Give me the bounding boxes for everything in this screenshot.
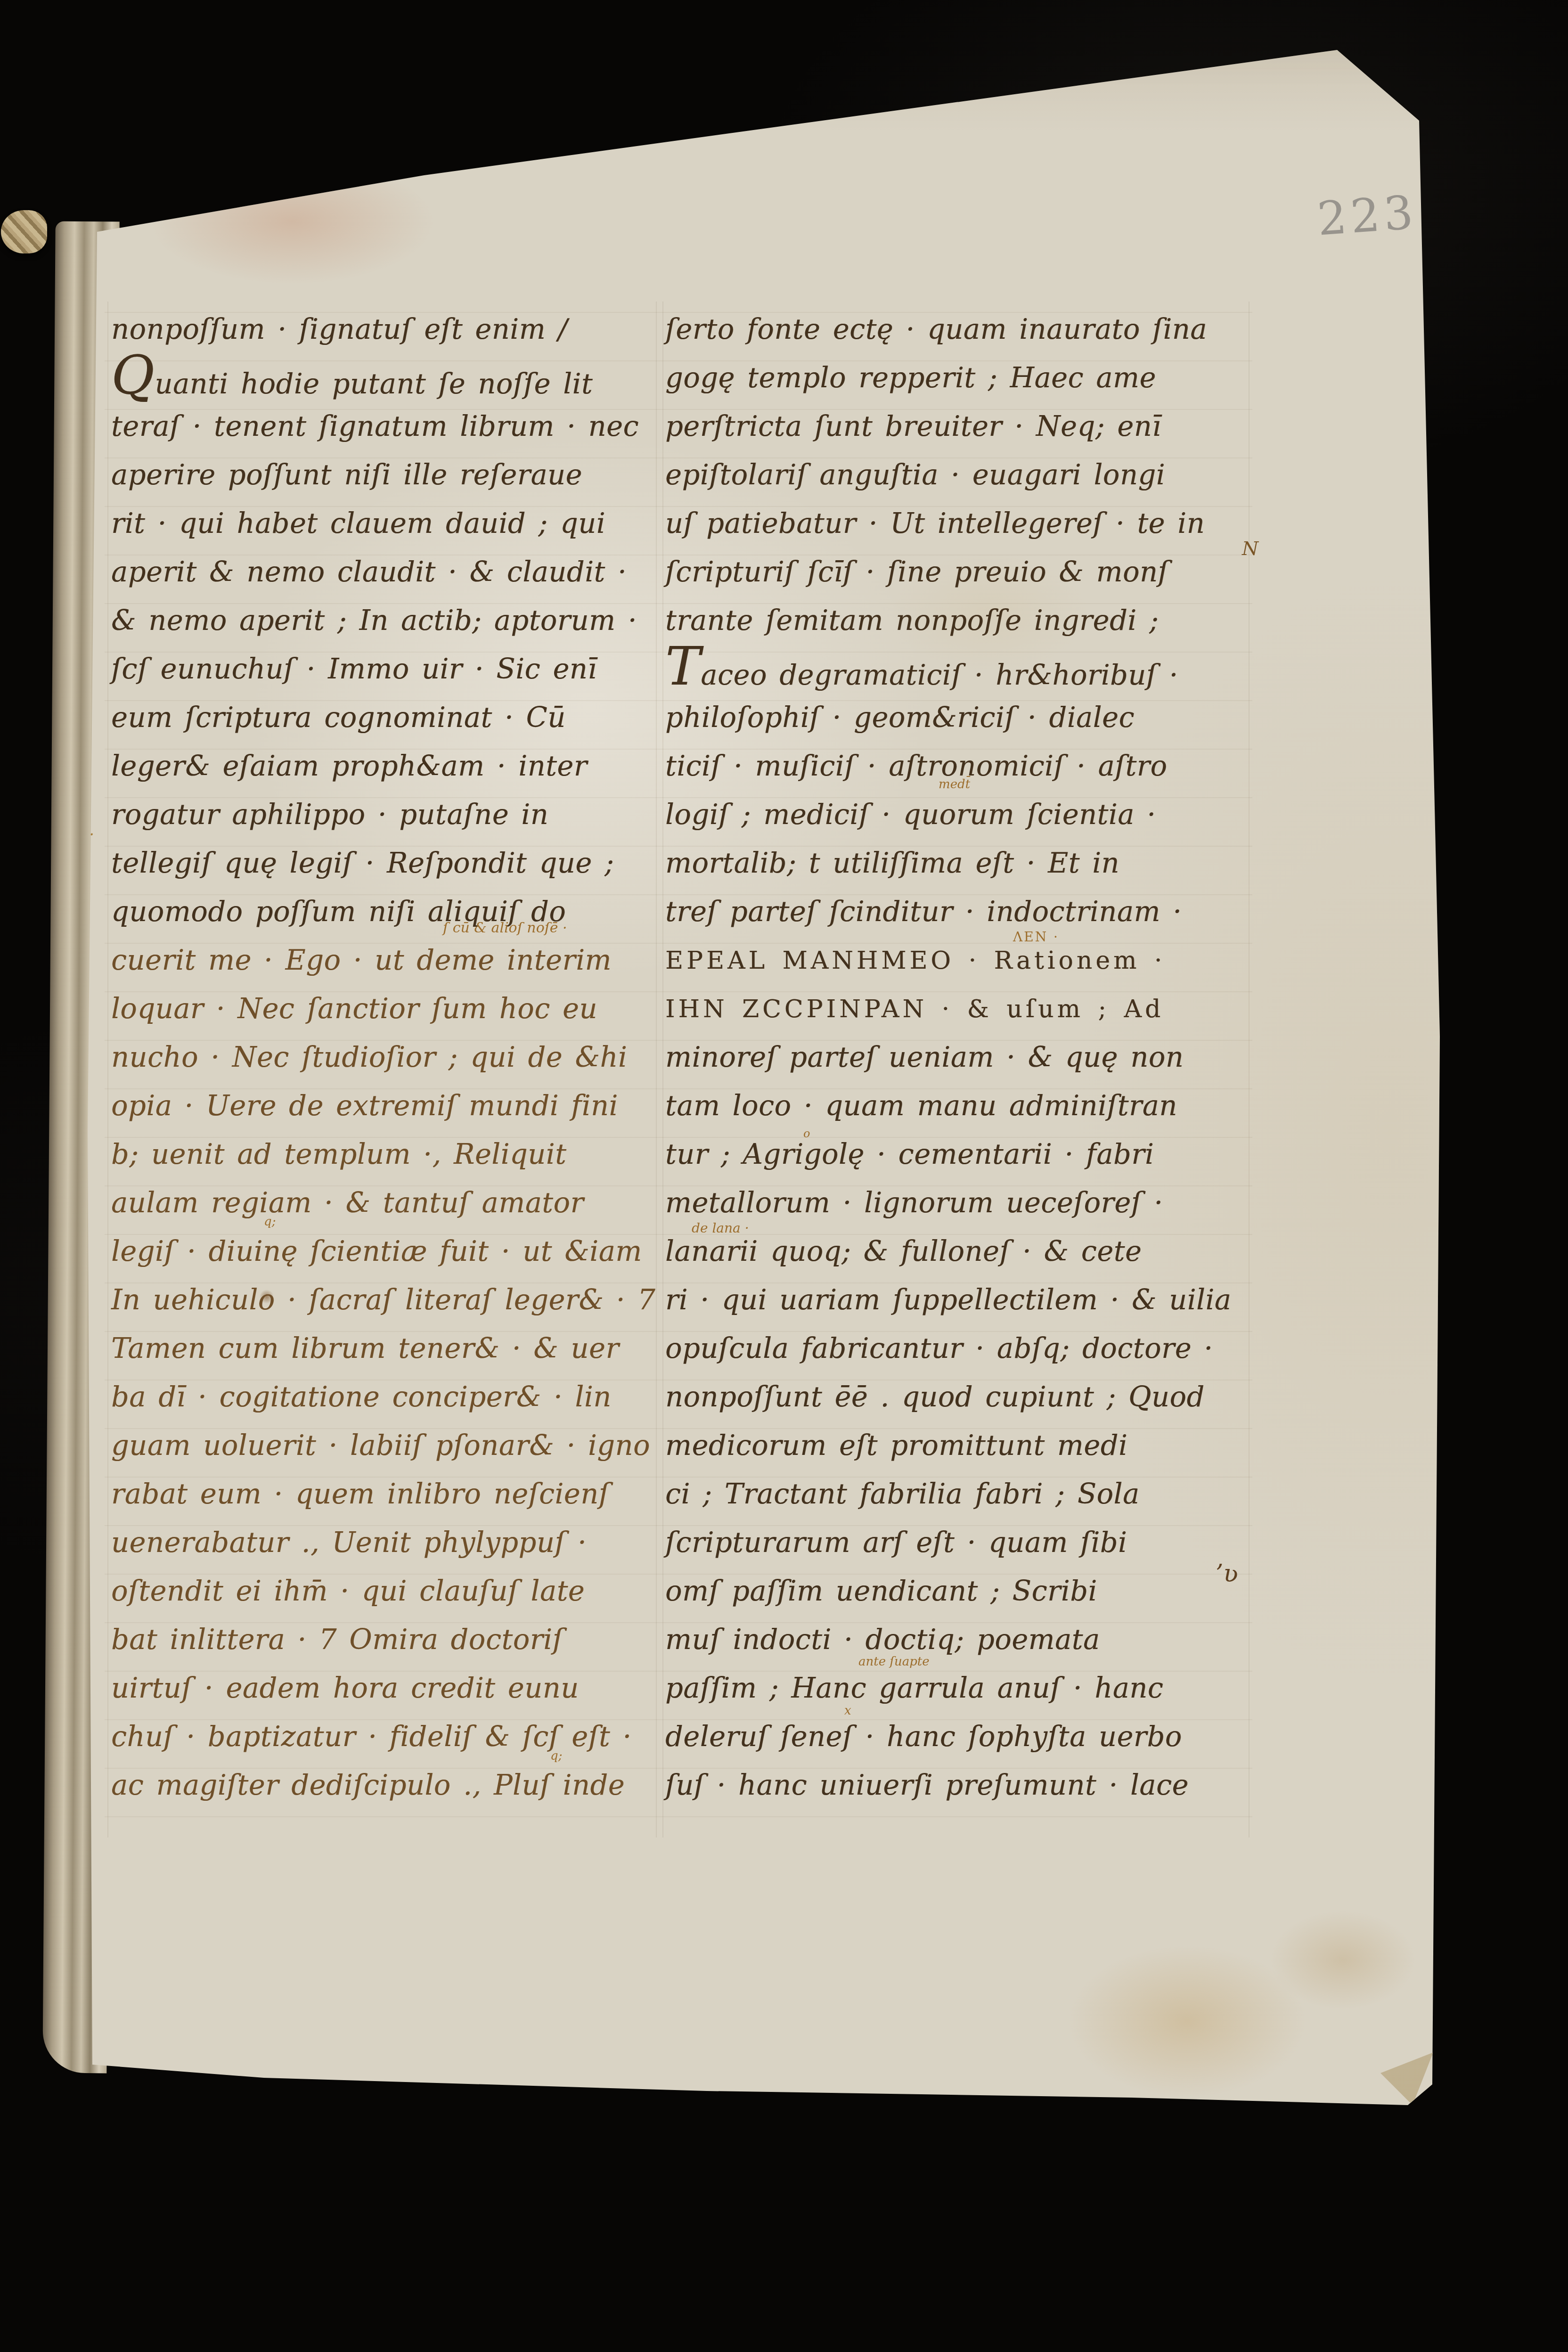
manuscript-line: logiſ ; mediciſ · quorum ſcientia ·	[665, 798, 1254, 847]
manuscript-line: ac magiſter dediſcipulo ., Pluſ inde	[111, 1769, 665, 1817]
manuscript-line: opia · Uere de extremiſ mundi fini	[111, 1089, 665, 1138]
manuscript-line: tam loco · quam manu adminiſtran	[665, 1089, 1254, 1138]
manuscript-line: tellegiſ quę legiſ · Reſpondit que ;	[111, 847, 665, 895]
manuscript-line: cuerit me · Ego · ut deme interim	[111, 944, 665, 992]
manuscript-line-greek: EPEAL MANHMEO · Rationem ·	[665, 944, 1254, 992]
manuscript-line: legiſ · diuinę ſcientiæ fuit · ut &iam	[111, 1235, 665, 1283]
manuscript-line: ci ; Tractant fabrilia fabri ; Sola	[665, 1478, 1254, 1526]
interlinear-gloss: ſ cū & alioſ noſē ·	[443, 920, 567, 936]
interlinear-gloss: medt̄	[939, 777, 970, 792]
manuscript-line: ri · qui uariam ſuppellectilem · & uilia	[665, 1283, 1254, 1332]
manuscript-line: b; uenit ad templum ·, Reliquit	[111, 1138, 665, 1186]
manuscript-line: gogę templo repperit ; Haec ame	[665, 361, 1254, 410]
manuscript-line: minoreſ parteſ ueniam · & quę non	[665, 1041, 1254, 1089]
manuscript-line: metallorum · lignorum ueceſoreſ ·	[665, 1186, 1254, 1235]
manuscript-line: epiſtolariſ anguſtia · euagari longi	[665, 458, 1254, 507]
manuscript-line: teraſ · tenent ſignatum librum · nec	[111, 410, 665, 458]
manuscript-line: uirtuſ · eadem hora credit eunu	[111, 1672, 665, 1720]
manuscript-line: ſcripturiſ ſcīſ · ſine preuio & monſ	[665, 555, 1254, 604]
interlinear-gloss: de lana ·	[692, 1220, 749, 1236]
manuscript-line: quomodo poſſum niſi aliquiſ do	[111, 895, 665, 944]
manuscript-line-greek: IHN ZCCPINPAN · & uſum ; Ad	[665, 992, 1254, 1041]
manuscript-line: guam uoluerit · labiiſ pſonar& · igno	[111, 1429, 665, 1478]
interlinear-gloss: ante ſuapte	[858, 1655, 930, 1669]
manuscript-line: aperit & nemo claudit · & claudit ·	[111, 555, 665, 604]
manuscript-line: nonpoſſunt ēē . quod cupiunt ; Quod	[665, 1380, 1254, 1429]
manuscript-line: chuſ · baptizatur · fideliſ & ſcſ eſt ·	[111, 1720, 665, 1769]
manuscript-line: treſ parteſ ſcinditur · indoctrinam ·	[665, 895, 1254, 944]
manuscript-line: mortalib; t utiliſſima eſt · Et in	[665, 847, 1254, 895]
manuscript-line: Taceo degramaticiſ · hr&horibuſ ·	[665, 653, 1254, 701]
manuscript-line: muſ indocti · doctiq; poemata	[665, 1623, 1254, 1672]
manuscript-line: deleruſ ſeneſ · hanc ſophyſta uerbo	[665, 1720, 1254, 1769]
manuscript-line: aperire poſſunt niſi ille reſeraue	[111, 458, 665, 507]
manuscript-line: uſ patiebatur · Ut intellegereſ · te in	[665, 507, 1254, 555]
manuscript-line: leger& eſaiam proph&am · inter	[111, 750, 665, 798]
manuscript-line: uenerabatur ., Uenit phylyppuſ ·	[111, 1526, 665, 1575]
endband-braid	[1, 210, 47, 253]
interlinear-gloss: q;	[550, 1749, 562, 1763]
interlinear-gloss-greek: ΛEN ·	[1013, 929, 1059, 945]
manuscript-line: & nemo aperit ; In actib; aptorum ·	[111, 604, 665, 653]
manuscript-line: philoſophiſ · geom&riciſ · dialec	[665, 701, 1254, 750]
manuscript-line: ſcſ eunuchuſ · Immo uir · Sic enī	[111, 653, 665, 701]
left-column: nonpoſſum · ſignatuſ eſt enim / Quanti h…	[111, 313, 665, 1817]
manuscript-line: medicorum eſt promittunt medi	[665, 1429, 1254, 1478]
manuscript-line: oſtendit ei ihm̄ · qui clauſuſ late	[111, 1575, 665, 1623]
manuscript-line: Quanti hodie putant ſe noſſe lit	[111, 361, 665, 410]
margin-mark-upper: N	[1242, 538, 1258, 560]
folio-number: 223.	[1315, 184, 1437, 246]
manuscript-line: omſ paſſim uendicant ; Scribi	[665, 1575, 1254, 1623]
manuscript-line: Tamen cum librum tener& · & uer	[111, 1332, 665, 1380]
manuscript-line: nonpoſſum · ſignatuſ eſt enim /	[111, 313, 665, 361]
manuscript-line: loquar · Nec ſanctior ſum hoc eu	[111, 992, 665, 1041]
parchment-page: 223. nonpoſſum · ſignatuſ eſt enim / Qua…	[0, 0, 1568, 2352]
manuscript-line: ſerto fonte ectę · quam inaurato ſina	[665, 313, 1254, 361]
ruling-line	[107, 302, 108, 1837]
manuscript-line: rabat eum · quem inlibro neſcienſ	[111, 1478, 665, 1526]
manuscript-line: rit · qui habet clauem dauid ; qui	[111, 507, 665, 555]
interlinear-gloss: x	[844, 1704, 851, 1718]
manuscript-photo: 223. nonpoſſum · ſignatuſ eſt enim / Qua…	[0, 0, 1568, 2352]
margin-mark-lower: ’ʋ	[1216, 1560, 1238, 1588]
right-column: ſerto fonte ectę · quam inaurato ſina go…	[665, 313, 1254, 1817]
manuscript-line: ſcripturarum arſ eſt · quam ſibi	[665, 1526, 1254, 1575]
manuscript-line: In uehiculo · ſacraſ literaſ leger& · 7	[111, 1283, 665, 1332]
manuscript-line: ſuſ · hanc uniuerſi preſumunt · lace	[665, 1769, 1254, 1817]
manuscript-line: opuſcula fabricantur · abſq; doctore ·	[665, 1332, 1254, 1380]
manuscript-line: ba dī · cogitatione conciper& · lin	[111, 1380, 665, 1429]
interlinear-gloss: q;	[264, 1215, 276, 1229]
manuscript-line: bat inlittera · 7 Omira doctoriſ	[111, 1623, 665, 1672]
manuscript-line: eum ſcriptura cognominat · Cū	[111, 701, 665, 750]
manuscript-line: rogatur aphilippo · putaſne in	[111, 798, 665, 847]
manuscript-line: tur ; Agrigolę · cementarii · fabri	[665, 1138, 1254, 1186]
manuscript-line: lanarii quoq; & fulloneſ · & cete	[665, 1235, 1254, 1283]
manuscript-line: aulam regiam · & tantuſ amator	[111, 1186, 665, 1235]
manuscript-line: nucho · Nec ſtudioſior ; qui de &hi	[111, 1041, 665, 1089]
manuscript-line: trante ſemitam nonpoſſe ingredi ;	[665, 604, 1254, 653]
manuscript-line: perſtricta ſunt breuiter · Neq; enī	[665, 410, 1254, 458]
manuscript-line: paſſim ; Hanc garrula anuſ · hanc	[665, 1672, 1254, 1720]
interlinear-gloss: o	[803, 1127, 810, 1140]
